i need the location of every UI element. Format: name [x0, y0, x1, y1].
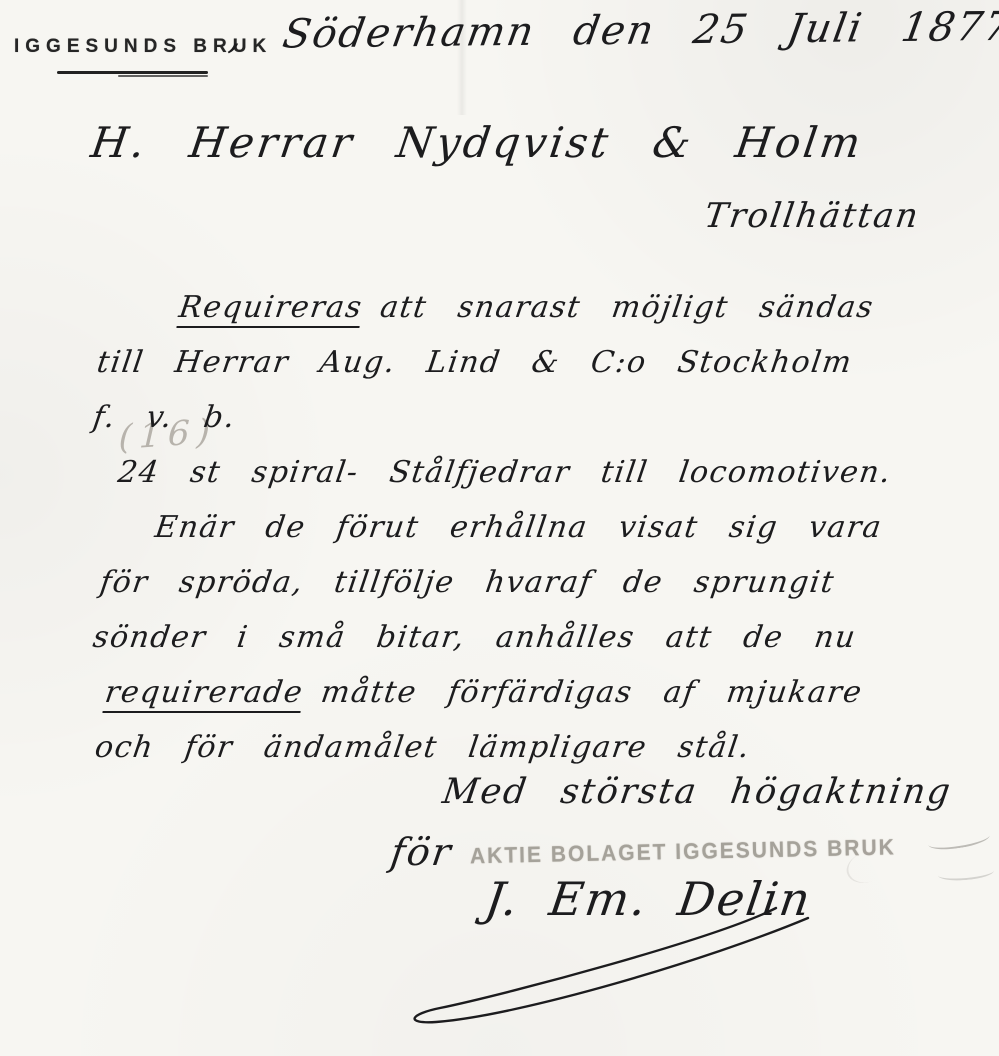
body-line-7: sönder i små bitar, anhålles att de nu	[88, 620, 894, 675]
letter-paper: IGGESUNDS BRUK , Söderhamn den 25 Juli 1…	[0, 0, 999, 1056]
body-line-3: f. v. b.	[88, 400, 894, 455]
body-line-8: requirerademåtte förfärdigas af mjukare	[100, 675, 894, 730]
letter-body: Requirerasatt snarast möjligt sändas til…	[88, 290, 886, 785]
body-line-5: Enär de förut erhållna visat sig vara	[150, 510, 894, 565]
signed-per-word: för	[388, 830, 455, 874]
company-stamp: AKTIE BOLAGET IGGESUNDS BRUK	[470, 835, 896, 869]
letterhead-underline	[57, 71, 208, 74]
underlined-word-requirerade: requirerade	[102, 675, 305, 713]
date-line: , Söderhamn den 25 Juli 1877.	[226, 4, 999, 58]
recipient-line-2: Trollhättan	[702, 196, 922, 236]
body-line-9: och för ändamålet lämpligare stål.	[90, 730, 894, 785]
smudge-mark-2	[937, 864, 994, 883]
body-line-1-text: att snarast möjligt sändas	[378, 290, 876, 325]
body-line-1: Requirerasatt snarast möjligt sändas	[174, 290, 894, 345]
body-line-2: till Herrar Aug. Lind & C:o Stockholm	[92, 345, 894, 400]
underlined-word-requireras: Requireras	[176, 290, 365, 328]
body-line-8-text: måtte förfärdigas af mjukare	[319, 675, 865, 710]
body-line-4: 24 st spiral- Stålfjedrar till locomotiv…	[113, 455, 894, 510]
smudge-mark-1	[927, 827, 991, 853]
letterhead-underline-2	[118, 75, 208, 77]
signature-flourish	[398, 902, 818, 1032]
recipient-line-1: H. Herrar Nydqvist & Holm	[88, 118, 866, 167]
body-line-6: för spröda, tillfölje hvaraf de sprungit	[95, 565, 894, 620]
